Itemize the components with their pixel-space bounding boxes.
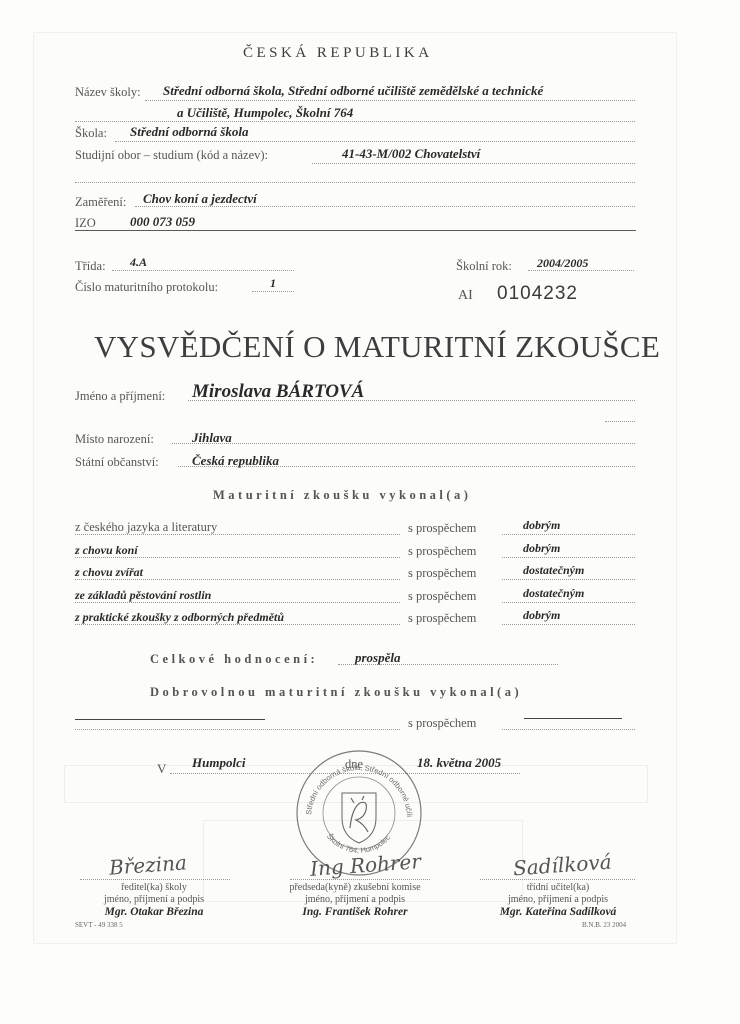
exam-grade-label: s prospěchem <box>408 544 476 559</box>
date-value: 18. května 2005 <box>417 755 501 771</box>
signature-caption: jméno, příjmení a podpis <box>508 894 608 905</box>
signature-caption: jméno, příjmení a podpis <box>104 894 204 905</box>
voluntary-grade-blank <box>524 718 622 719</box>
birthplace-label: Místo narození: <box>75 432 154 447</box>
citizenship-label: Státní občanství: <box>75 455 159 470</box>
exam-grade-line <box>502 557 635 558</box>
signature-line <box>480 879 635 880</box>
school-type-label: Škola: <box>75 126 107 141</box>
country-heading: ČESKÁ REPUBLIKA <box>243 45 433 62</box>
study-field-value: 41-43-M/002 Chovatelství <box>342 146 480 162</box>
place-prefix: V <box>157 761 166 777</box>
exam-grade: dobrým <box>523 541 560 556</box>
school-type-value: Střední odborná škola <box>130 124 248 140</box>
voluntary-grade-label: s prospěchem <box>408 716 476 731</box>
focus-label: Zaměření: <box>75 195 126 210</box>
study-field-label: Studijní obor – studium (kód a název): <box>75 148 268 163</box>
class-value: 4.A <box>130 255 147 270</box>
signature-caption: jméno, příjmení a podpis <box>305 894 405 905</box>
school-type-line <box>115 141 635 142</box>
protocol-value: 1 <box>270 276 276 291</box>
overall-value: prospěla <box>355 650 401 666</box>
exam-grade-line <box>502 624 635 625</box>
student-name-line-extra <box>605 421 635 422</box>
class-line <box>112 270 294 271</box>
footer-left-code: SEVT - 49 338 5 <box>75 921 123 929</box>
class-label: Třída: <box>75 259 106 274</box>
svg-text:Střední odborná škola, Střední: Střední odborná škola, Střední odborné u… <box>294 748 414 817</box>
serial-number: 0104232 <box>497 283 578 305</box>
exam-grade-line <box>502 579 635 580</box>
student-name-value: Miroslava BÁRTOVÁ <box>192 381 364 403</box>
exams-heading: Maturitní zkoušku vykonal(a) <box>213 488 471 503</box>
exam-subject-line <box>75 624 400 625</box>
exam-subject-line <box>75 602 400 603</box>
exam-subject: z chovu zvířat <box>75 565 143 580</box>
signature-line <box>290 879 430 880</box>
study-field-line2 <box>75 182 635 183</box>
exam-grade-label: s prospěchem <box>408 611 476 626</box>
serial-prefix: AI <box>458 288 473 304</box>
school-year-value: 2004/2005 <box>537 256 588 271</box>
overall-label: Celkové hodnocení: <box>150 652 318 667</box>
voluntary-subject-line <box>75 729 400 730</box>
signature-name: Mgr. Otakar Březina <box>105 906 204 918</box>
exam-subject-line <box>75 557 400 558</box>
birthplace-line <box>172 443 635 444</box>
signature-line <box>80 879 230 880</box>
exam-grade-label: s prospěchem <box>408 589 476 604</box>
exam-subject-line <box>75 579 400 580</box>
exam-subject: ze základů pěstování rostlin <box>75 588 211 603</box>
signature-role: předseda(kyně) zkušební komise <box>289 882 420 893</box>
protocol-line <box>252 291 294 292</box>
school-name-label: Název školy: <box>75 85 141 100</box>
exam-subject: z praktické zkoušky z odborných předmětů <box>75 610 284 625</box>
exam-grade: dostatečným <box>523 586 584 601</box>
protocol-label: Číslo maturitního protokolu: <box>75 280 218 295</box>
exam-grade-line <box>502 602 635 603</box>
voluntary-grade-line <box>502 729 635 730</box>
citizenship-value: Česká republika <box>192 453 279 469</box>
birthplace-value: Jihlava <box>192 430 232 446</box>
school-year-label: Školní rok: <box>456 259 512 274</box>
header-separator <box>75 230 636 231</box>
exam-grade: dobrým <box>523 518 560 533</box>
izo-value: 000 073 059 <box>130 214 195 230</box>
voluntary-subject-blank <box>75 719 265 720</box>
signature-name: Mgr. Kateřina Sadílková <box>500 906 617 918</box>
school-name-line2-rule <box>75 121 635 122</box>
signature-role: ředitel(ka) školy <box>121 882 187 893</box>
exam-grade-label: s prospěchem <box>408 521 476 536</box>
exam-subject-line <box>75 534 400 535</box>
exam-grade-label: s prospěchem <box>408 566 476 581</box>
izo-label: IZO <box>75 216 96 231</box>
signature-name: Ing. František Rohrer <box>302 906 407 918</box>
exam-subject: z chovu koní <box>75 543 138 558</box>
study-field-line <box>312 163 635 164</box>
student-name-label: Jméno a příjmení: <box>75 389 165 404</box>
school-name-line2: a Učiliště, Humpolec, Školní 764 <box>177 105 353 121</box>
exam-subject: z českého jazyka a literatury <box>75 520 217 535</box>
voluntary-heading: Dobrovolnou maturitní zkoušku vykonal(a) <box>150 685 522 700</box>
exam-grade: dobrým <box>523 608 560 623</box>
place-value: Humpolci <box>192 755 245 771</box>
footer-right-code: B.N.B. 23 2004 <box>582 921 626 929</box>
school-name-line <box>145 100 635 101</box>
focus-value: Chov koní a jezdectví <box>143 191 257 207</box>
exam-grade-line <box>502 534 635 535</box>
exam-grade: dostatečným <box>523 563 584 578</box>
document-title: VYSVĚDČENÍ O MATURITNÍ ZKOUŠCE <box>94 329 660 365</box>
school-name-line1: Střední odborná škola, Střední odborné u… <box>163 83 543 99</box>
signature-role: třídní učitel(ka) <box>527 882 589 893</box>
